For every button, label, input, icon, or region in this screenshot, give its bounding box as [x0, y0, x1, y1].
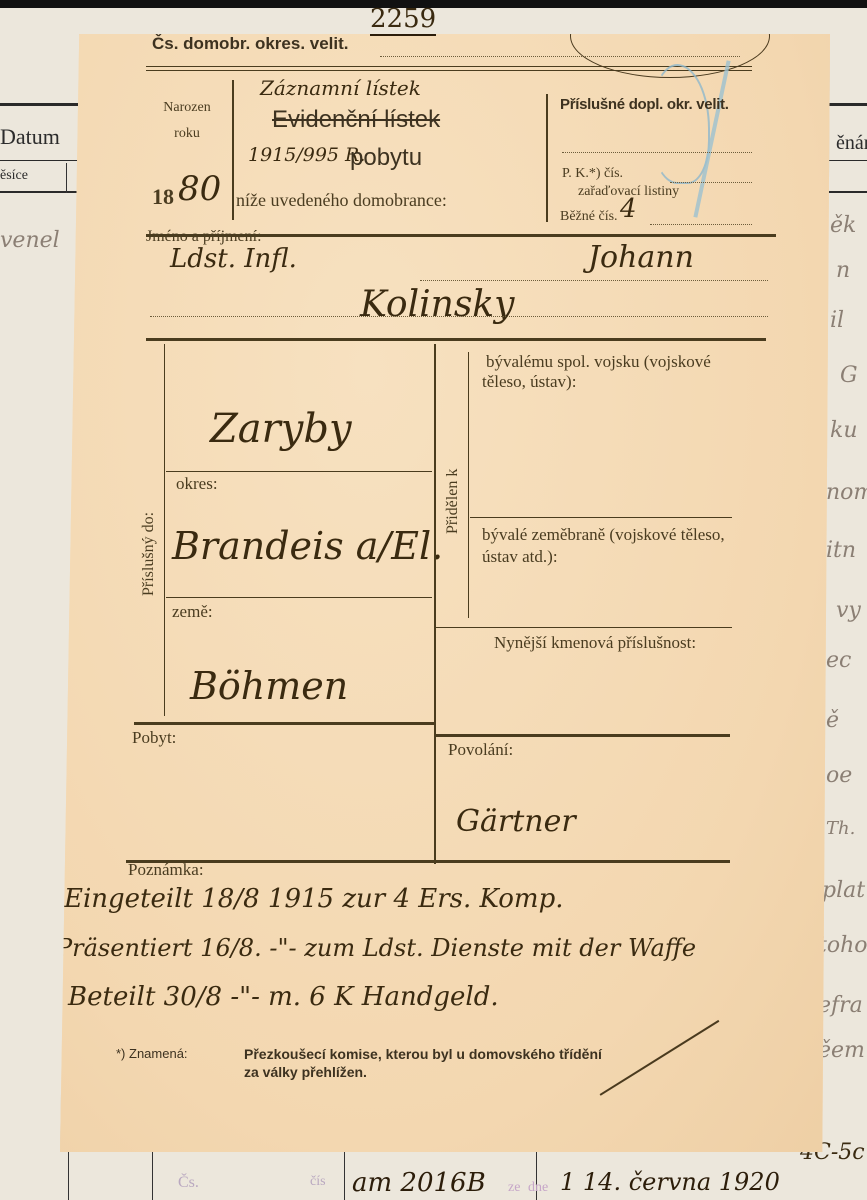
name-fill-line-1: [420, 280, 768, 281]
ledger-script-right: vy: [836, 598, 861, 623]
okres-value: Brandeis a/El.: [172, 524, 443, 568]
birth-label-1: Narozen: [152, 100, 222, 116]
ledger-script-right: n: [836, 258, 850, 283]
birth-divider: [232, 80, 234, 220]
ledger-stamp-text: dne: [528, 1180, 548, 1196]
povolani-value: Gärtner: [456, 804, 576, 839]
ledger-script-left: venel: [0, 228, 60, 253]
name-rank: Ldst. Infl.: [170, 244, 297, 274]
bezne-label: Běžné čís.: [560, 209, 618, 225]
ledger-script-right: Th.: [826, 818, 855, 839]
section-rule: [126, 860, 730, 863]
zeme-label: země:: [172, 602, 213, 622]
ledger-script-right: efra: [818, 993, 863, 1018]
pk-fill-line: [670, 182, 752, 183]
domicile-left-line: [164, 344, 165, 716]
ledger-column-line: [68, 1148, 69, 1200]
ledger-script-right: oe: [826, 763, 852, 788]
supplementary-office-label: Příslušné dopl. okr. velit.: [560, 96, 729, 113]
record-card: Čs. domobr. okres. velit. Narozen roku 1…: [60, 34, 830, 1152]
zeme-value: Böhmen: [190, 664, 348, 708]
ledger-stamp-text: čís: [310, 1174, 326, 1190]
title-divider: [546, 94, 548, 222]
ledger-script-right: G: [840, 363, 858, 388]
poznamka-line-3: Beteilt 30/8 -"- m. 6 K Handgeld.: [68, 982, 499, 1012]
section-rule: [134, 722, 434, 725]
footnote-marker: *) Znamená:: [116, 1046, 188, 1061]
ledger-handwriting: am 2016B: [352, 1168, 486, 1198]
title-reference-handwritten: 1915/995 R.: [248, 144, 365, 166]
ledger-script-right: il: [830, 308, 844, 333]
domicile-side-label: Příslušný do:: [140, 512, 158, 596]
ledger-handwriting: 1 14. června 1920: [560, 1168, 780, 1196]
pobyt-label: Pobyt:: [132, 728, 176, 748]
blue-pencil-mark: [650, 64, 710, 184]
former-landwehr-label: bývalé zeměbraně (vojskové těleso, ústav…: [482, 524, 752, 568]
section-rule: [146, 338, 766, 341]
birth-year-handwritten: 80: [178, 169, 221, 209]
cancel-stroke: [600, 1020, 720, 1095]
ledger-script-right: ěem: [818, 1038, 865, 1063]
birth-year-printed: 18: [152, 184, 174, 210]
ledger-stamp-text: ze: [508, 1180, 520, 1196]
ledger-script-right: ec: [826, 648, 851, 673]
assignment-side-label: Přidělen k: [444, 469, 462, 534]
ledger-script-right: plat: [822, 878, 865, 903]
ledger-script-right: ě: [826, 708, 839, 733]
ledger-column-line: [66, 163, 67, 193]
name-surname: Kolinsky: [360, 284, 514, 325]
ledger-header-right: ěnán: [836, 132, 867, 155]
domicile-rule: [166, 471, 432, 472]
ledger-script-right: itn: [826, 538, 856, 563]
former-army-label: bývalému spol. vojsku (vojskové těleso, …: [482, 352, 752, 392]
poznamka-line-2: Präsentiert 16/8. -"- zum Ldst. Dienste …: [56, 934, 696, 962]
center-divider: [434, 344, 436, 864]
title-pobytu: pobytu: [350, 144, 422, 172]
title-handwritten: Záznamní lístek: [260, 76, 421, 100]
okres-label: okres:: [176, 474, 218, 494]
domicile-rule: [166, 597, 432, 598]
assignment-inner-line: [468, 352, 469, 618]
ledger-column-line: [152, 1148, 153, 1200]
birth-label-2: roku: [152, 126, 222, 142]
assignment-rule: [436, 627, 732, 628]
ledger-script-right: ku: [830, 418, 858, 443]
title-subtitle: níže uvedeného domobrance:: [236, 190, 447, 211]
ledger-header-datum: Datum: [0, 124, 60, 150]
ledger-script-right: ěk: [830, 213, 856, 238]
section-rule: [436, 734, 730, 737]
ledger-column-line: [344, 1148, 345, 1200]
office-header: Čs. domobr. okres. velit.: [152, 34, 349, 54]
title-printed-struck: Evidenční lístek: [272, 106, 440, 134]
name-given: Johann: [588, 240, 694, 275]
assignment-rule: [470, 517, 732, 518]
poznamka-line-1: Eingeteilt 18/8 1915 zur 4 Ers. Komp.: [64, 884, 564, 914]
supplementary-office-fill-line: [562, 152, 752, 153]
bezne-value: 4: [620, 194, 637, 224]
ledger-stamp-text: Čs.: [178, 1174, 199, 1192]
domicile-place: Zaryby: [210, 406, 352, 452]
footnote-text-2: za války přehlížen.: [244, 1064, 367, 1080]
name-fill-line-2: [150, 316, 768, 317]
povolani-label: Povolání:: [448, 740, 513, 760]
ledger-script-right: nom: [826, 480, 867, 505]
ledger-subheader: ěsíce: [0, 168, 28, 184]
ledger-script-right: tohot: [818, 933, 867, 958]
poznamka-label: Poznámka:: [128, 860, 204, 880]
pk-label: P. K.*) čís.: [562, 166, 623, 182]
current-affiliation-label: Nynější kmenová příslušnost:: [450, 632, 740, 654]
bezne-fill-line: [650, 224, 752, 225]
footnote-text-1: Přezkoušecí komise, kterou byl u domovsk…: [244, 1046, 602, 1062]
archive-number: 2259: [370, 4, 436, 36]
